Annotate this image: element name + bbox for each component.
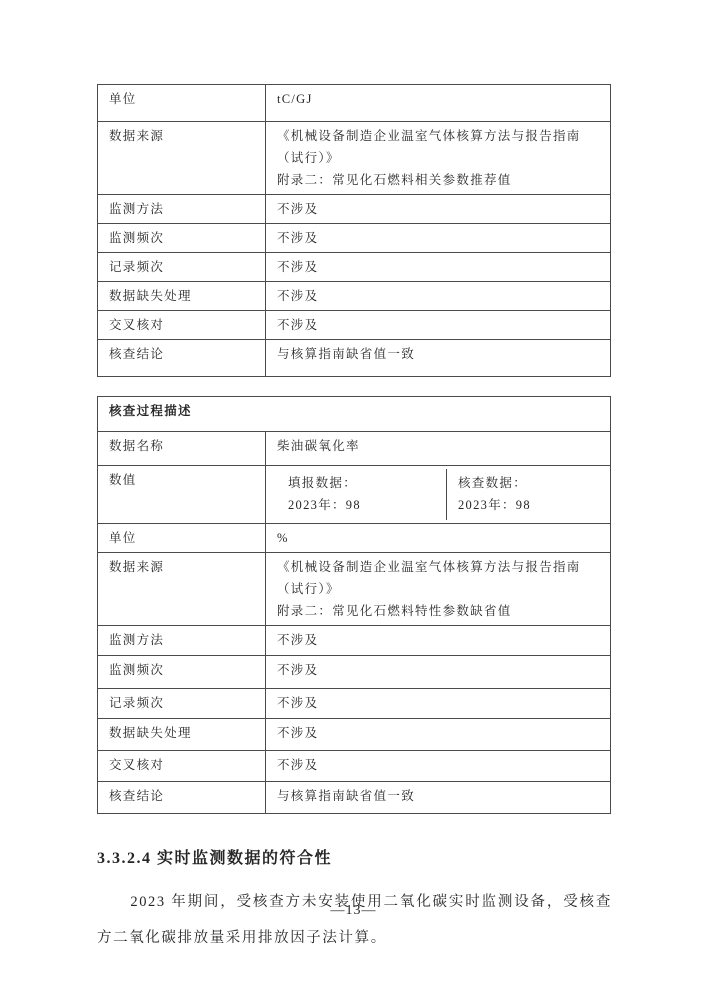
document-page: 单位 tC/GJ 数据来源 《机械设备制造企业温室气体核算方法与报告指南（试行）… (0, 0, 707, 1000)
row-value: % (266, 524, 611, 553)
table-header-row: 核查过程描述 (98, 397, 611, 432)
row-label: 单位 (98, 85, 266, 122)
table-row: 监测频次 不涉及 (98, 224, 611, 253)
table-row: 数据名称 柴油碳氧化率 (98, 432, 611, 466)
row-label: 单位 (98, 524, 266, 553)
row-value: 不涉及 (266, 656, 611, 689)
section-heading: 3.3.2.4 实时监测数据的符合性 (97, 845, 612, 868)
row-label: 数据来源 (98, 122, 266, 195)
row-label: 监测频次 (98, 224, 266, 253)
row-value: 不涉及 (266, 751, 611, 782)
reported-data-value: 2023年：98 (288, 494, 435, 516)
row-value: 与核算指南缺省值一致 (266, 782, 611, 814)
row-value: 不涉及 (266, 253, 611, 282)
row-label: 数据来源 (98, 553, 266, 626)
row-value: 不涉及 (266, 689, 611, 719)
table-row: 数据来源 《机械设备制造企业温室气体核算方法与报告指南（试行）》 附录二：常见化… (98, 122, 611, 195)
row-label: 交叉核对 (98, 311, 266, 340)
table-row: 数据缺失处理 不涉及 (98, 282, 611, 311)
table-row: 数据缺失处理 不涉及 (98, 719, 611, 751)
parameter-table-1: 单位 tC/GJ 数据来源 《机械设备制造企业温室气体核算方法与报告指南（试行）… (97, 84, 611, 377)
data-source-line-1: 《机械设备制造企业温室气体核算方法与报告指南（试行）》 (277, 125, 599, 169)
row-label: 监测方法 (98, 626, 266, 656)
row-value: 不涉及 (266, 719, 611, 751)
row-label: 交叉核对 (98, 751, 266, 782)
row-value: tC/GJ (266, 85, 611, 122)
row-label: 记录频次 (98, 253, 266, 282)
row-value: 《机械设备制造企业温室气体核算方法与报告指南（试行）》 附录二：常见化石燃料相关… (266, 122, 611, 195)
table-section-header: 核查过程描述 (98, 397, 611, 432)
row-label: 记录频次 (98, 689, 266, 719)
reported-data-label: 填报数据： (288, 472, 435, 494)
data-source-line-1: 《机械设备制造企业温室气体核算方法与报告指南（试行）》 (277, 556, 599, 600)
value-cell: 填报数据： 2023年：98 核查数据： 2023年：98 (266, 466, 611, 524)
table-row: 监测方法 不涉及 (98, 626, 611, 656)
verification-process-table: 核查过程描述 数据名称 柴油碳氧化率 数值 填报数据： 2023年：98 核查数… (97, 396, 611, 814)
table-row: 监测方法 不涉及 (98, 195, 611, 224)
table-row: 核查结论 与核算指南缺省值一致 (98, 782, 611, 814)
row-label: 监测频次 (98, 656, 266, 689)
verified-data-label: 核查数据： (458, 472, 588, 494)
row-label: 数据缺失处理 (98, 719, 266, 751)
page-number: —13— (0, 903, 707, 919)
row-label: 数据名称 (98, 432, 266, 466)
row-value: 不涉及 (266, 195, 611, 224)
table-row: 记录频次 不涉及 (98, 253, 611, 282)
table-row: 监测频次 不涉及 (98, 656, 611, 689)
table-row: 核查结论 与核算指南缺省值一致 (98, 340, 611, 377)
verified-data-value: 2023年：98 (458, 494, 588, 516)
verified-data-cell: 核查数据： 2023年：98 (447, 469, 599, 520)
data-source-line-2: 附录二：常见化石燃料相关参数推荐值 (277, 169, 599, 191)
row-value: 柴油碳氧化率 (266, 432, 611, 466)
row-value: 不涉及 (266, 282, 611, 311)
row-value: 不涉及 (266, 311, 611, 340)
table-spacer (97, 377, 612, 396)
body-paragraph: 2023 年期间，受核查方未安装使用二氧化碳实时监测设备，受核查方二氧化碳排放量… (97, 884, 612, 956)
row-value: 不涉及 (266, 224, 611, 253)
table-row: 记录频次 不涉及 (98, 689, 611, 719)
reported-data-cell: 填报数据： 2023年：98 (277, 469, 447, 520)
row-label: 核查结论 (98, 782, 266, 814)
table-row: 数据来源 《机械设备制造企业温室气体核算方法与报告指南（试行）》 附录二：常见化… (98, 553, 611, 626)
data-source-line-2: 附录二：常见化石燃料特性参数缺省值 (277, 600, 599, 622)
table-row: 交叉核对 不涉及 (98, 751, 611, 782)
row-label: 监测方法 (98, 195, 266, 224)
row-label: 数据缺失处理 (98, 282, 266, 311)
table-row: 数值 填报数据： 2023年：98 核查数据： 2023年：98 (98, 466, 611, 524)
table-row: 单位 % (98, 524, 611, 553)
table-row: 单位 tC/GJ (98, 85, 611, 122)
row-value: 不涉及 (266, 626, 611, 656)
row-value: 与核算指南缺省值一致 (266, 340, 611, 377)
table-row: 交叉核对 不涉及 (98, 311, 611, 340)
row-label: 核查结论 (98, 340, 266, 377)
row-value: 《机械设备制造企业温室气体核算方法与报告指南（试行）》 附录二：常见化石燃料特性… (266, 553, 611, 626)
row-label: 数值 (98, 466, 266, 524)
